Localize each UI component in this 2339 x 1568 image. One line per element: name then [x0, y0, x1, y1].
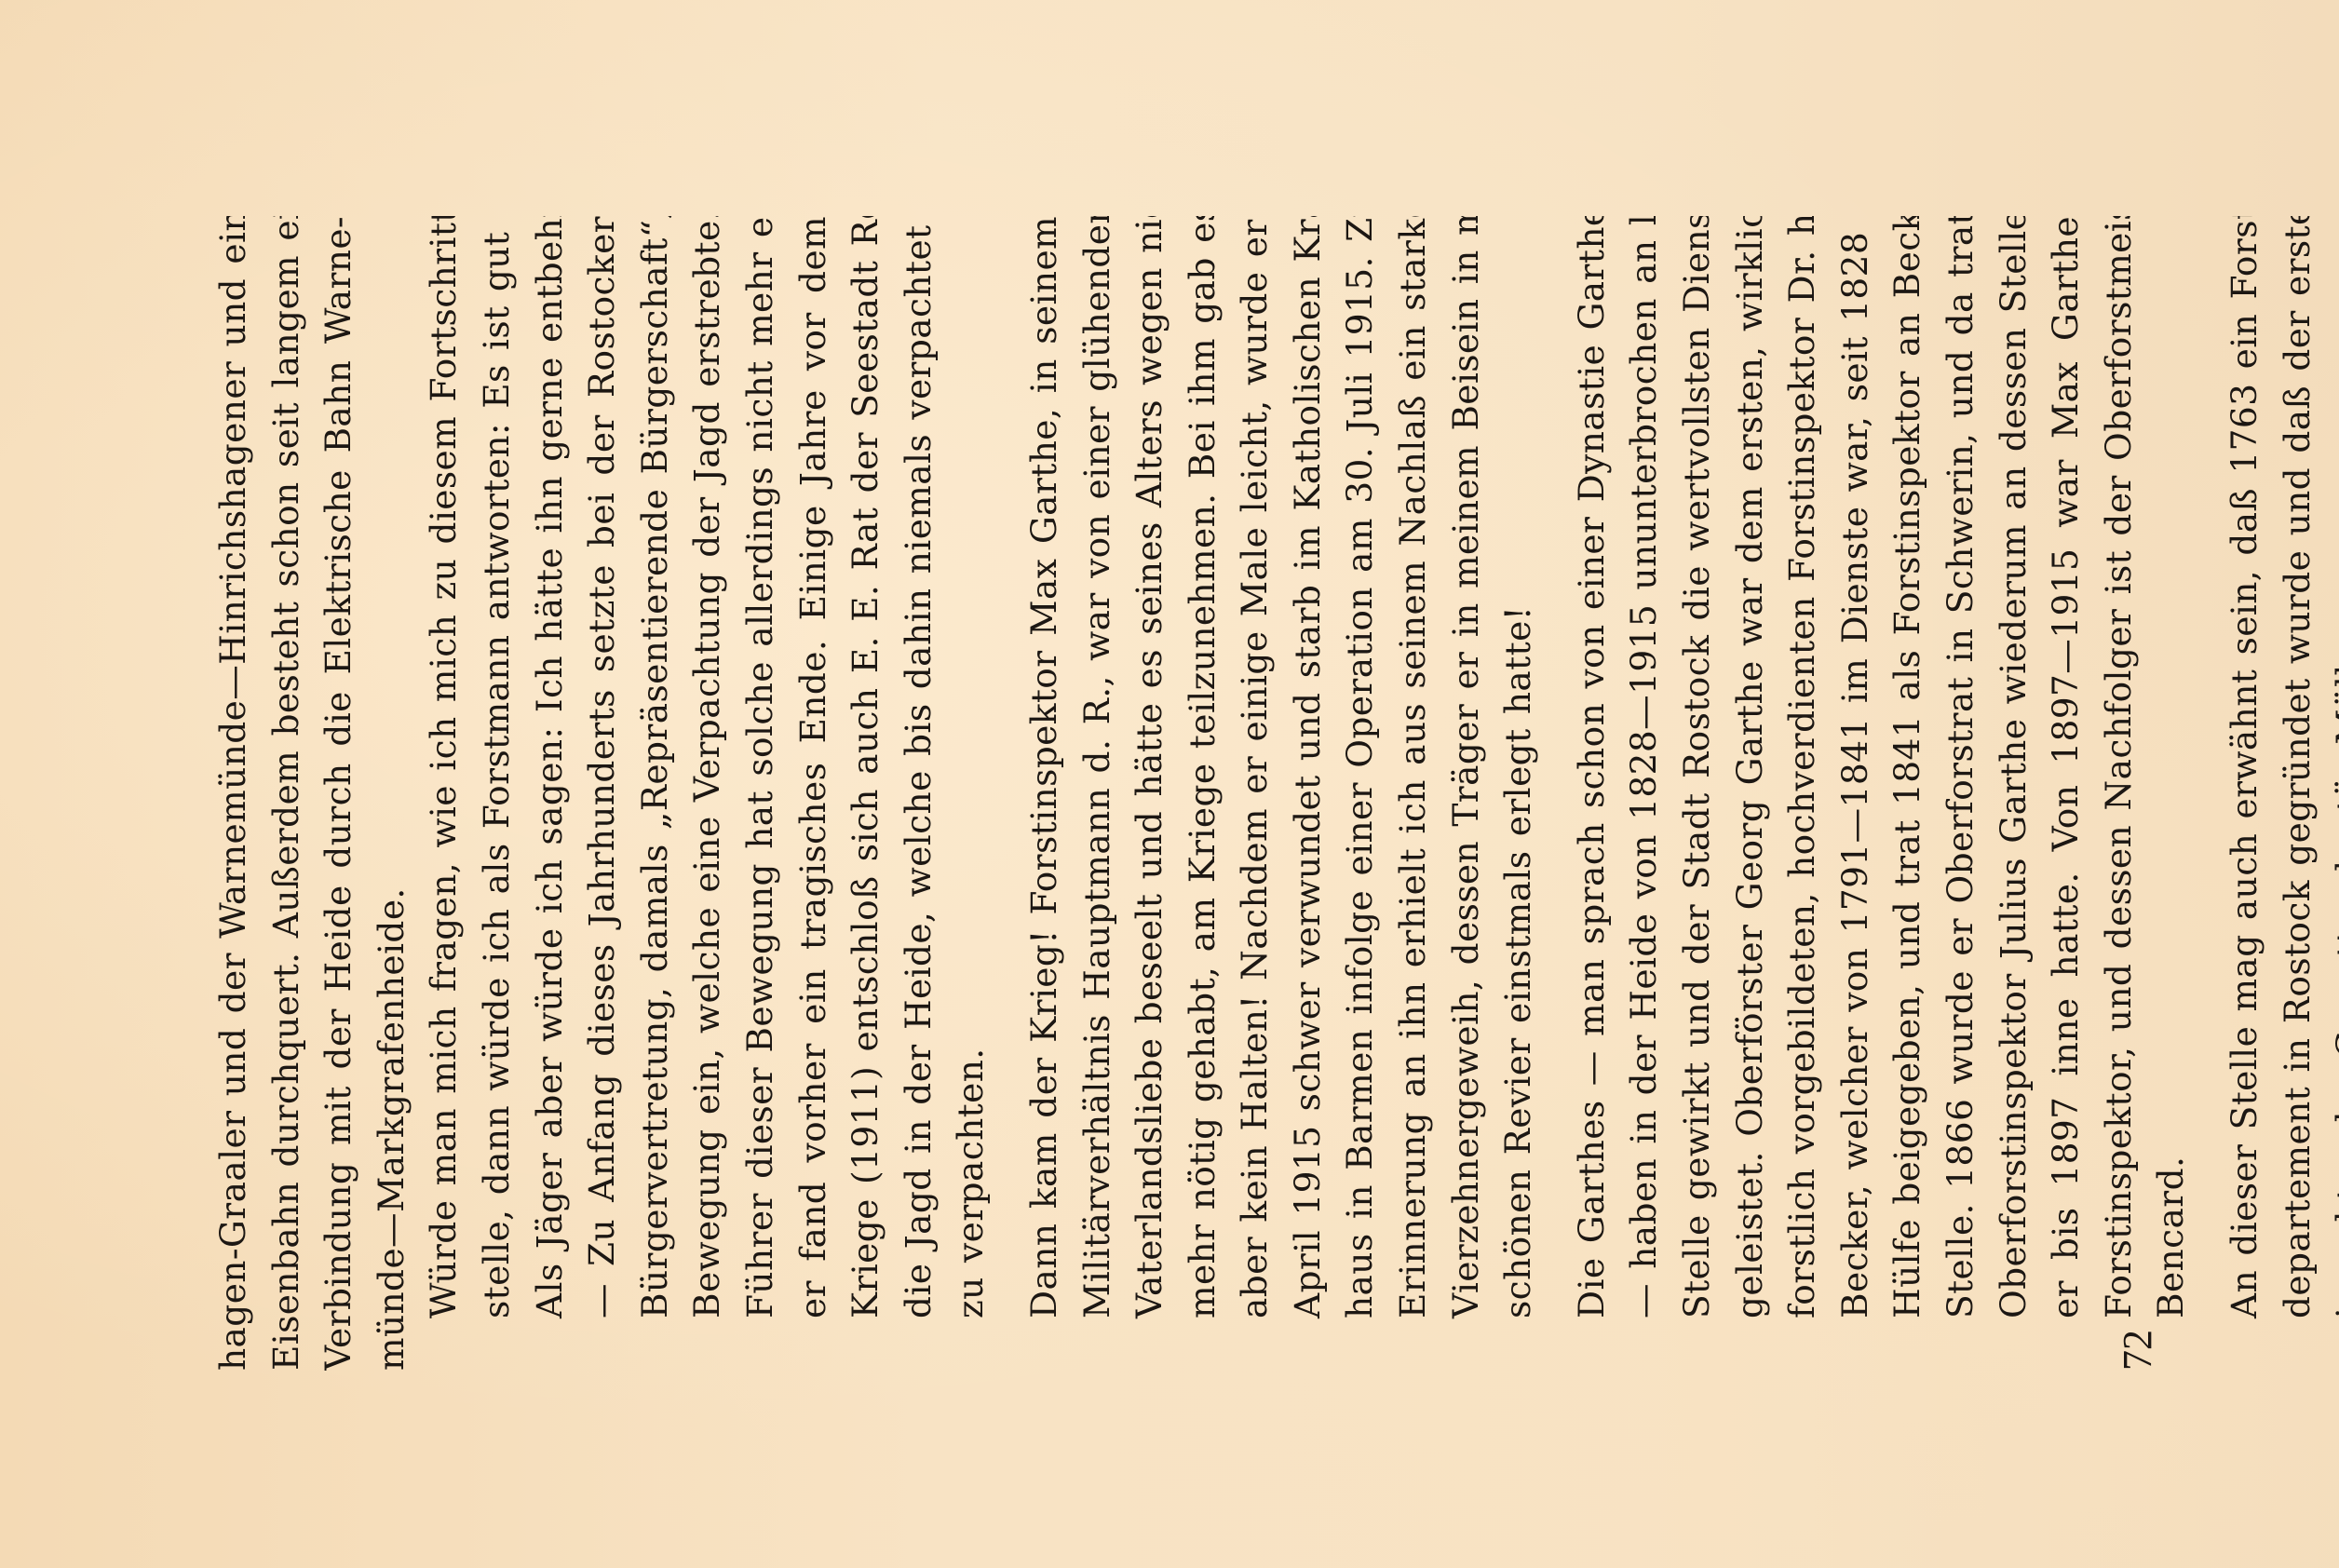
text-line: An dieser Stelle mag auch erwähnt sein, … [2218, 216, 2271, 1371]
text-line: inspektor der Gewettssekretär Möller war… [2323, 216, 2339, 1371]
text-line: geleistet. Oberförster Georg Garthe war … [1724, 216, 1777, 1371]
paragraph-garthe-dynasty: Die Garthes — man sprach schon von einer… [1565, 216, 2197, 1371]
page-number: 72 [2114, 1330, 2161, 1371]
text-line: Becker, welcher von 1791—1841 im Dienste… [1829, 216, 1882, 1371]
text-line: Militärverhältnis Hauptmann d. R., war v… [1071, 216, 1124, 1371]
text-line: April 1915 schwer verwundet und starb im… [1281, 216, 1334, 1371]
text-line: — haben in der Heide von 1828—1915 ununt… [1617, 216, 1670, 1371]
text-line: die Jagd in der Heide, welche bis dahin … [892, 216, 945, 1371]
paragraph-railway: hagen-Graaler und der Warnemünde—Hinrich… [207, 216, 417, 1371]
text-line: Dann kam der Krieg! Forstinspektor Max G… [1018, 216, 1071, 1371]
text-line: er bis 1897 inne hatte. Von 1897—1915 wa… [2039, 216, 2092, 1371]
text-line: Oberforstinspektor Julius Garthe wiederu… [1987, 216, 2040, 1371]
body-text: hagen-Graaler und der Warnemünde—Hinrich… [207, 216, 2339, 1371]
text-line: forstlich vorgebildeten, hochverdienten … [1776, 216, 1829, 1371]
text-line: Führer dieser Bewegung hat solche allerd… [734, 216, 787, 1371]
text-line: Hülfe beigegeben, und trat 1841 als Fors… [1881, 216, 1934, 1371]
text-line: Kriege (1911) entschloß sich auch E. E. … [839, 216, 892, 1371]
text-line: Eisenbahn durchquert. Außerdem besteht s… [260, 216, 313, 1371]
text-line: Stelle gewirkt und der Stadt Rostock die… [1670, 216, 1724, 1371]
text-line: Vierzehnergeweih, dessen Träger er in me… [1440, 216, 1493, 1371]
text-line: aber kein Halten! Nachdem er einige Male… [1228, 216, 1281, 1371]
text-line: Vaterlandsliebe beseelt und hätte es sei… [1123, 216, 1176, 1371]
text-line: Verbindung mit der Heide durch die Elekt… [312, 216, 365, 1371]
book-page: hagen-Graaler und der Warnemünde—Hinrich… [0, 0, 2339, 1568]
scanned-page-background: hagen-Graaler und der Warnemünde—Hinrich… [0, 0, 2339, 1568]
text-line: er fand vorher ein tragisches Ende. Eini… [787, 216, 840, 1371]
paragraph-forest-department: An dieser Stelle mag auch erwähnt sein, … [2218, 216, 2339, 1371]
text-line: münde—Markgrafenheide. [365, 216, 418, 1371]
text-line: Erinnerung an ihn erhielt ich aus seinem… [1386, 216, 1440, 1371]
text-line: Forstinspektor, und dessen Nachfolger is… [2092, 216, 2145, 1371]
text-line: haus in Barmen infolge einer Operation a… [1333, 216, 1386, 1371]
text-line: zu verpachten. [944, 216, 997, 1371]
text-line: hagen-Graaler und der Warnemünde—Hinrich… [207, 216, 260, 1371]
text-line: Würde man mich fragen, wie ich mich zu d… [417, 216, 470, 1371]
text-line: Die Garthes — man sprach schon von einer… [1565, 216, 1618, 1371]
text-line: departement in Rostock gegründet wurde u… [2271, 216, 2324, 1371]
text-line: mehr nötig gehabt, am Kriege teilzunehme… [1176, 216, 1229, 1371]
text-line: schönen Revier einstmals erlegt hatte! [1492, 216, 1545, 1371]
text-line: Bewegung ein, welche eine Verpachtung de… [681, 216, 734, 1371]
text-line: — Zu Anfang dieses Jahrhunderts setzte b… [575, 216, 629, 1371]
text-line: Als Jäger aber würde ich sagen: Ich hätt… [523, 216, 576, 1371]
text-line: Bencard. [2144, 216, 2197, 1371]
text-line: stelle, dann würde ich als Forstmann ant… [470, 216, 523, 1371]
text-line: Stelle. 1866 wurde er Oberforstrat in Sc… [1934, 216, 1987, 1371]
text-line: Bürgervertretung, damals „Repräsentieren… [629, 216, 682, 1371]
paragraph-war: Dann kam der Krieg! Forstinspektor Max G… [1018, 216, 1545, 1371]
paragraph-hunting-lease: Würde man mich fragen, wie ich mich zu d… [417, 216, 997, 1371]
